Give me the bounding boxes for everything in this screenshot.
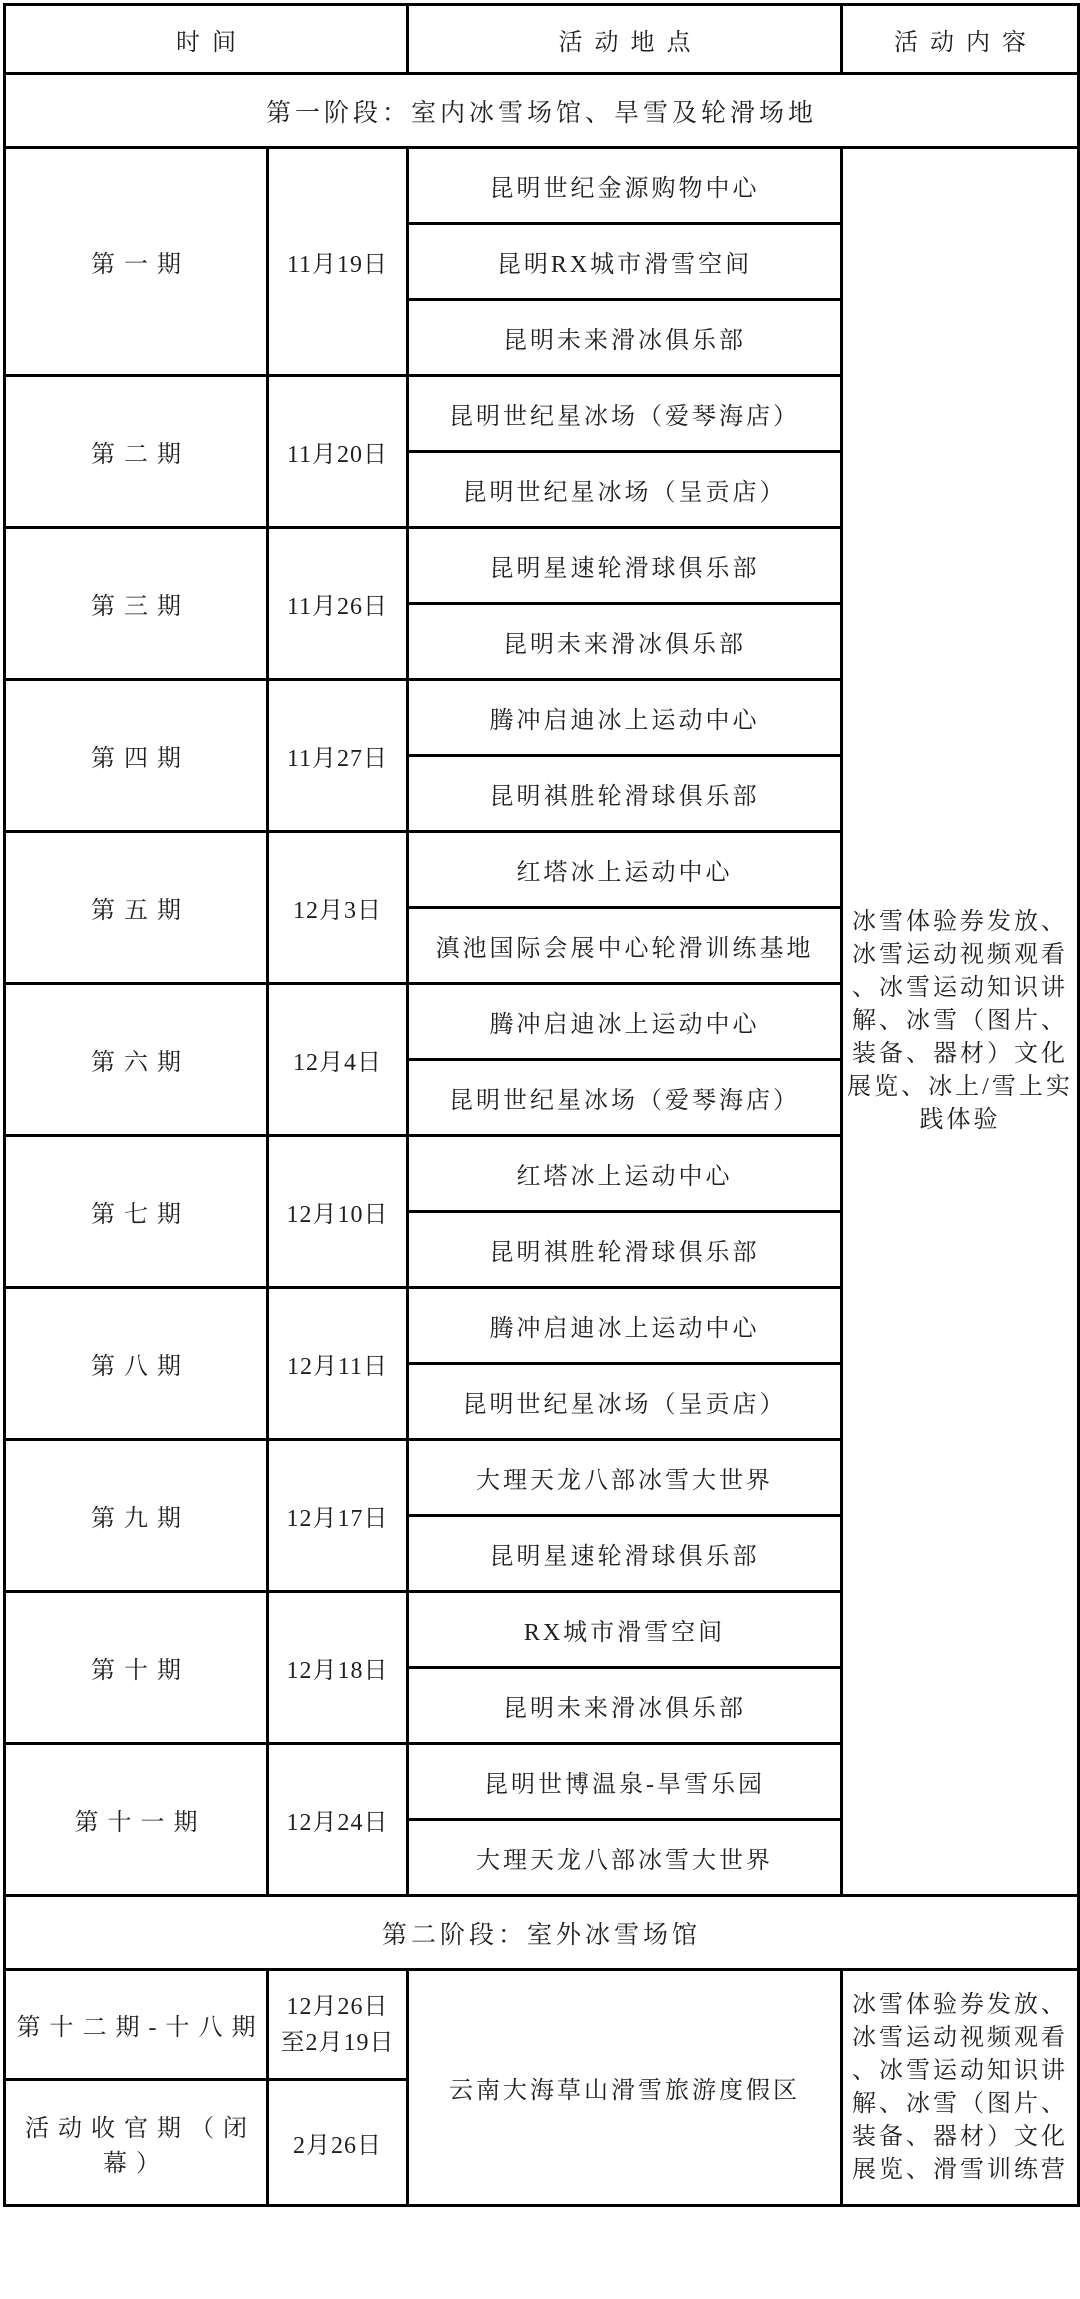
period-name-cell: 活动收官期（闭幕） [5,2080,268,2206]
location-cell: 昆明星速轮滑球俱乐部 [408,1516,842,1592]
period-name-cell: 第二期 [5,376,268,528]
period-name-cell: 第五期 [5,832,268,984]
location-cell: 昆明祺胜轮滑球俱乐部 [408,1212,842,1288]
period-date-cell: 12月24日 [268,1744,408,1896]
period-name-cell: 第十一期 [5,1744,268,1896]
location-cell: 昆明世纪星冰场（爱琴海店） [408,1060,842,1136]
period-name-cell: 第四期 [5,680,268,832]
date-line-1: 12月26日 [269,1989,406,2025]
period-date-cell: 12月3日 [268,832,408,984]
location-cell: 昆明世博温泉-旱雪乐园 [408,1744,842,1820]
location-cell: 昆明RX城市滑雪空间 [408,224,842,300]
period-date-cell: 2月26日 [268,2080,408,2206]
schedule-page: 时间 活动地点 活动内容 第一阶段：室内冰雪场馆、旱雪及轮滑场地 第一期 11月… [0,0,1080,2299]
activity-schedule-table: 时间 活动地点 活动内容 第一阶段：室内冰雪场馆、旱雪及轮滑场地 第一期 11月… [3,3,1080,2207]
stage2-activity-content-cell: 冰雪体验券发放、冰雪运动视频观看、冰雪运动知识讲解、冰雪（图片、装备、器材）文化… [842,1970,1079,2206]
column-header-location: 活动地点 [408,5,842,74]
location-cell: RX城市滑雪空间 [408,1592,842,1668]
location-cell: 大理天龙八部冰雪大世界 [408,1820,842,1896]
location-cell: 大理天龙八部冰雪大世界 [408,1440,842,1516]
stage1-banner-row: 第一阶段：室内冰雪场馆、旱雪及轮滑场地 [5,74,1079,148]
location-cell: 滇池国际会展中心轮滑训练基地 [408,908,842,984]
column-header-time: 时间 [5,5,408,74]
period-name-cell: 第六期 [5,984,268,1136]
location-cell: 腾冲启迪冰上运动中心 [408,984,842,1060]
period-name-cell: 第九期 [5,1440,268,1592]
table-header-row: 时间 活动地点 活动内容 [5,5,1079,74]
period-name-cell: 第十二期-十八期 [5,1970,268,2080]
location-cell: 昆明未来滑冰俱乐部 [408,604,842,680]
period-name-cell: 第十期 [5,1592,268,1744]
period-name-cell: 第八期 [5,1288,268,1440]
date-line-2: 至2月19日 [269,2025,406,2061]
period-date-cell: 12月26日 至2月19日 [268,1970,408,2080]
location-cell: 昆明未来滑冰俱乐部 [408,300,842,376]
stage1-banner: 第一阶段：室内冰雪场馆、旱雪及轮滑场地 [5,74,1079,148]
stage2-location-cell: 云南大海草山滑雪旅游度假区 [408,1970,842,2206]
column-header-content: 活动内容 [842,5,1079,74]
stage1-activity-content-cell: 冰雪体验券发放、冰雪运动视频观看、冰雪运动知识讲解、冰雪（图片、装备、器材）文化… [842,148,1079,1896]
period-date-cell: 12月4日 [268,984,408,1136]
period-date-cell: 11月20日 [268,376,408,528]
location-cell: 昆明星速轮滑球俱乐部 [408,528,842,604]
location-cell: 昆明未来滑冰俱乐部 [408,1668,842,1744]
location-cell: 昆明世纪星冰场（呈贡店） [408,1364,842,1440]
period-date-cell: 11月26日 [268,528,408,680]
location-cell: 昆明世纪星冰场（爱琴海店） [408,376,842,452]
period-date-cell: 12月10日 [268,1136,408,1288]
stage2-banner: 第二阶段：室外冰雪场馆 [5,1896,1079,1970]
location-cell: 红塔冰上运动中心 [408,832,842,908]
location-cell: 腾冲启迪冰上运动中心 [408,680,842,756]
location-cell: 昆明世纪星冰场（呈贡店） [408,452,842,528]
period-date-cell: 12月17日 [268,1440,408,1592]
location-cell: 红塔冰上运动中心 [408,1136,842,1212]
table-row: 第十二期-十八期 12月26日 至2月19日 云南大海草山滑雪旅游度假区 冰雪体… [5,1970,1079,2080]
period-date-cell: 12月11日 [268,1288,408,1440]
table-row: 第一期 11月19日 昆明世纪金源购物中心 冰雪体验券发放、冰雪运动视频观看、冰… [5,148,1079,224]
period-date-cell: 12月18日 [268,1592,408,1744]
location-cell: 腾冲启迪冰上运动中心 [408,1288,842,1364]
stage2-banner-row: 第二阶段：室外冰雪场馆 [5,1896,1079,1970]
period-name-cell: 第三期 [5,528,268,680]
period-name-cell: 第一期 [5,148,268,376]
period-date-cell: 11月19日 [268,148,408,376]
location-cell: 昆明祺胜轮滑球俱乐部 [408,756,842,832]
location-cell: 昆明世纪金源购物中心 [408,148,842,224]
period-date-cell: 11月27日 [268,680,408,832]
period-name-cell: 第七期 [5,1136,268,1288]
